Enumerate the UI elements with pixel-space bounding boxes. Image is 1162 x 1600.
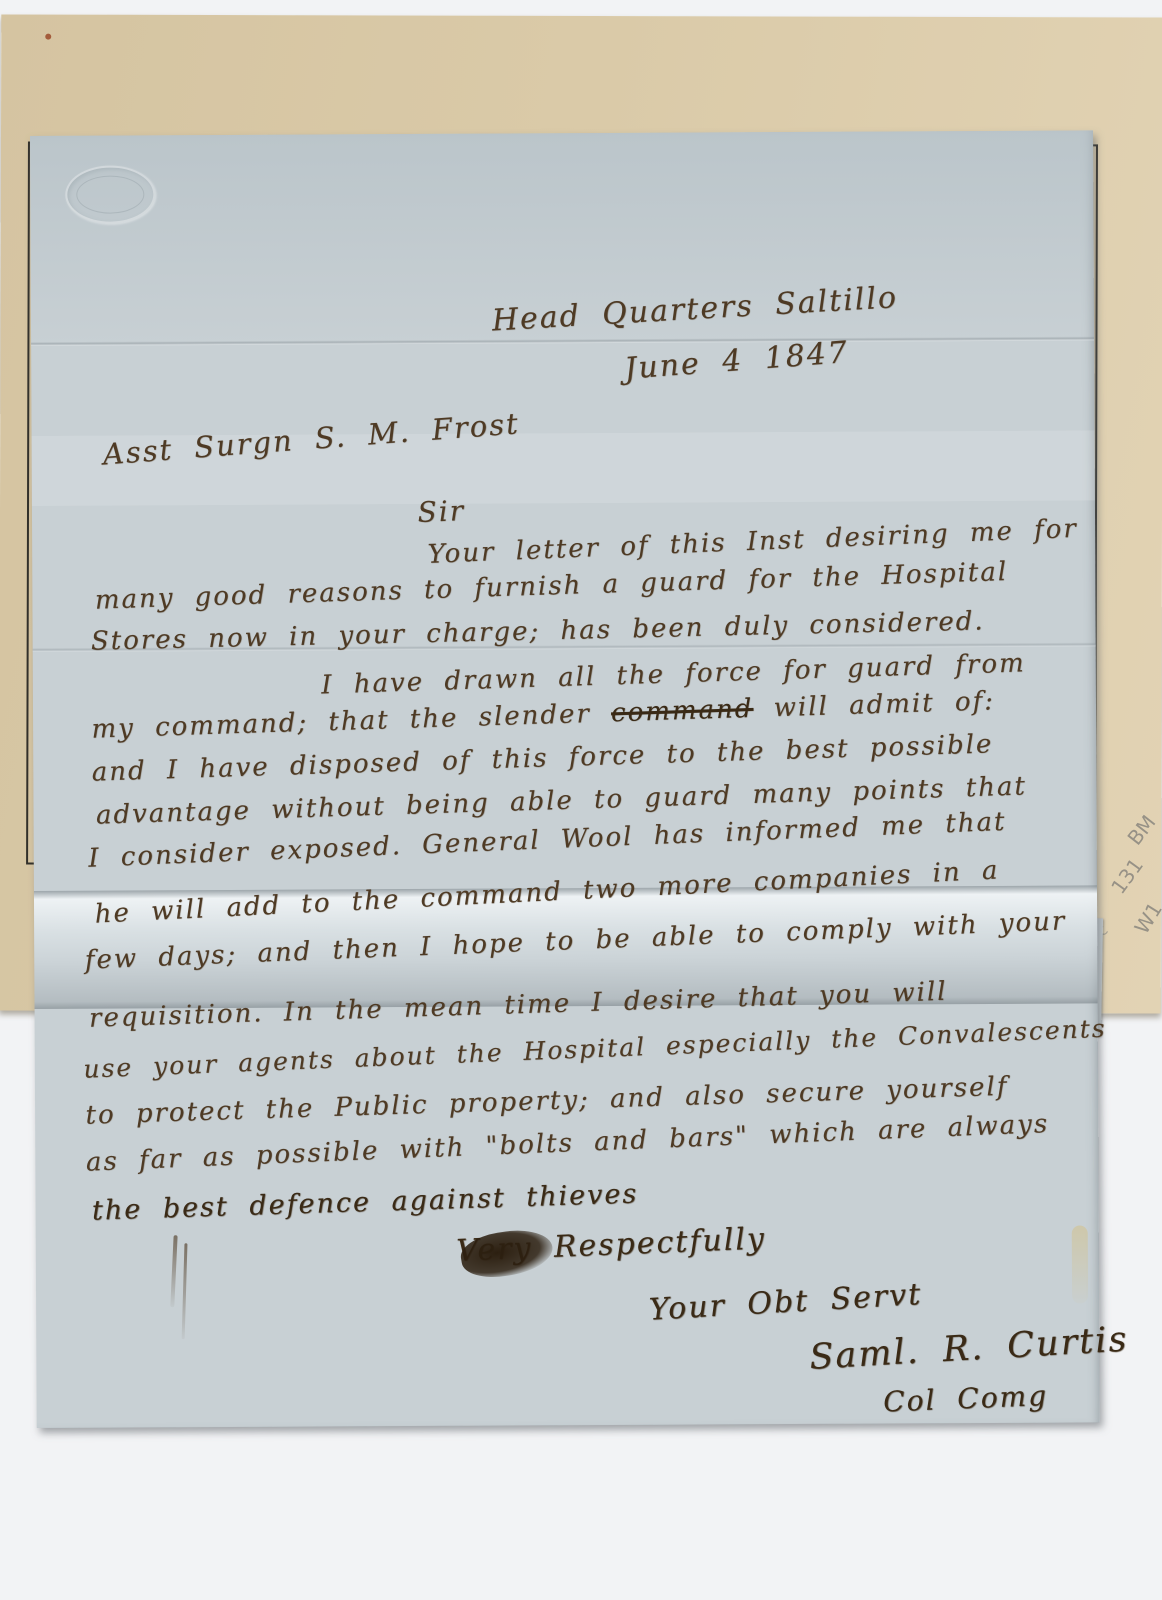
paper-speck [45, 34, 51, 40]
struck-word: command [611, 694, 754, 728]
handwriting-line-greeting: Sir [417, 494, 466, 529]
signature-rank: Col Comg [883, 1379, 1049, 1419]
embossed-stationery-seal [65, 165, 155, 223]
ink-drip [170, 1235, 177, 1307]
handwriting-segment: will admit of: [753, 686, 995, 724]
handwriting-segment: my command; that the slender [91, 698, 611, 744]
letter-sheet: Head Quarters Saltillo June 4 1847 Asst … [30, 130, 1100, 1428]
paper-stain [1072, 1225, 1088, 1303]
handwriting-line: many good reasons to furnish a guard for… [94, 557, 1008, 616]
ink-drip [182, 1243, 188, 1339]
handwriting-line: the best defence against thieves [92, 1179, 639, 1227]
signature: Saml. R. Curtis [808, 1320, 1129, 1378]
photo-of-letter: { "letter": { "description": "Handwritte… [0, 0, 1162, 1600]
handwriting-line-closing: Your Obt Servt [648, 1277, 923, 1328]
